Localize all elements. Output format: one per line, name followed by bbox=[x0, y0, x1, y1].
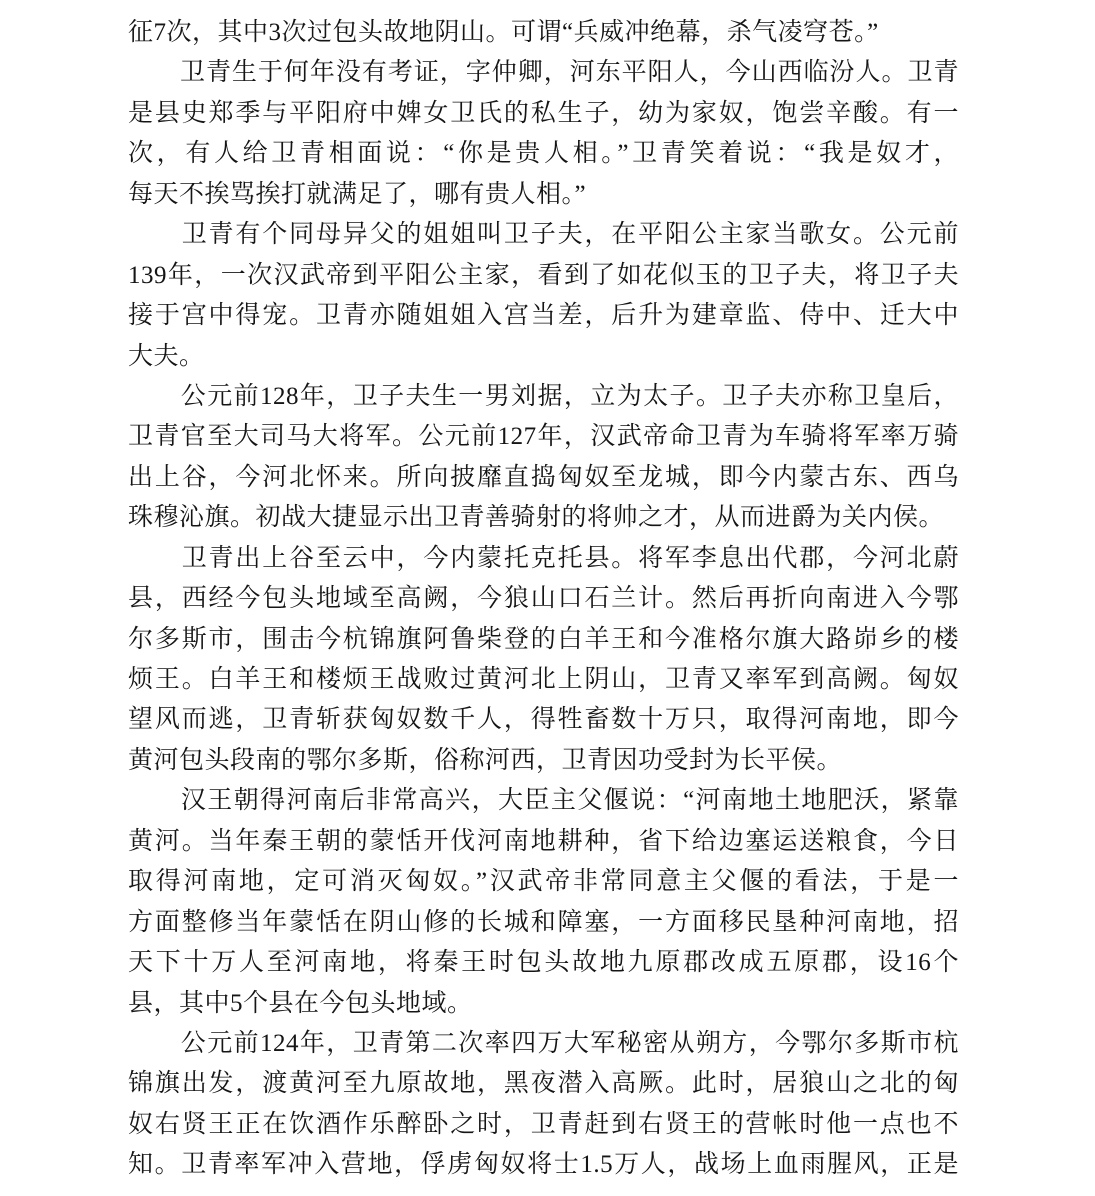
text-line: 奴右贤王正在饮酒作乐醉卧之时，卫青赶到右贤王的营帐时他一点也不 bbox=[128, 1105, 959, 1145]
text-line: 卫青有个同母异父的姐姐叫卫子夫，在平阳公主家当歌女。公元前 bbox=[128, 215, 959, 255]
text-line: 卫青生于何年没有考证，字仲卿，河东平阳人，今山西临汾人。卫青 bbox=[128, 53, 959, 93]
text-line: 139年，一次汉武帝到平阳公主家，看到了如花似玉的卫子夫，将卫子夫 bbox=[128, 256, 959, 296]
text-line: 县，其中5个县在今包头地域。 bbox=[128, 984, 959, 1024]
text-line: 卫青官至大司马大将军。公元前127年，汉武帝命卫青为车骑将军率万骑 bbox=[128, 417, 959, 457]
text-line: 每天不挨骂挨打就满足了，哪有贵人相。” bbox=[128, 175, 959, 215]
text-line: 知。卫青率军冲入营地，俘虏匈奴将士1.5万人，战场上血雨腥风，正是 bbox=[128, 1145, 959, 1185]
text-line: 次，有人给卫青相面说：“你是贵人相。”卫青笑着说：“我是奴才， bbox=[128, 134, 959, 174]
text-line: 尔多斯市，围击今杭锦旗阿鲁柴登的白羊王和今准格尔旗大路峁乡的楼 bbox=[128, 620, 959, 660]
text-line: 望风而逃，卫青斩获匈奴数千人，得牲畜数十万只，取得河南地，即今 bbox=[128, 700, 959, 740]
text-line: 珠穆沁旗。初战大捷显示出卫青善骑射的将帅之才，从而进爵为关内侯。 bbox=[128, 498, 959, 538]
text-block: 征7次，其中3次过包头故地阴山。可谓“兵威冲绝幕，杀气凌穹苍。” 卫青生于何年没… bbox=[128, 13, 959, 1186]
text-line: 锦旗出发，渡黄河至九原故地，黑夜潜入高厥。此时，居狼山之北的匈 bbox=[128, 1064, 959, 1104]
text-line: 黄河。当年秦王朝的蒙恬开伐河南地耕种，省下给边塞运送粮食，今日 bbox=[128, 822, 959, 862]
text-line: 出上谷，今河北怀来。所向披靡直捣匈奴至龙城，即今内蒙古东、西乌 bbox=[128, 458, 959, 498]
text-line: 接于宫中得宠。卫青亦随姐姐入宫当差，后升为建章监、侍中、迁大中 bbox=[128, 296, 959, 336]
text-line: 方面整修当年蒙恬在阴山修的长城和障塞，一方面移民垦种河南地，招 bbox=[128, 903, 959, 943]
text-line: 县，西经今包头地域至高阙，今狼山口石兰计。然后再折向南进入今鄂 bbox=[128, 579, 959, 619]
text-line: 汉王朝得河南后非常高兴，大臣主父偃说：“河南地土地肥沃，紧靠 bbox=[128, 781, 959, 821]
text-line: 卫青出上谷至云中，今内蒙托克托县。将军李息出代郡，今河北蔚 bbox=[128, 539, 959, 579]
text-line: 取得河南地，定可消灭匈奴。”汉武帝非常同意主父偃的看法，于是一 bbox=[128, 862, 959, 902]
text-line: 烦王。白羊王和楼烦王战败过黄河北上阴山，卫青又率军到高阙。匈奴 bbox=[128, 660, 959, 700]
text-line: 公元前128年，卫子夫生一男刘据，立为太子。卫子夫亦称卫皇后， bbox=[128, 377, 959, 417]
text-line: 黄河包头段南的鄂尔多斯，俗称河西，卫青因功受封为长平侯。 bbox=[128, 741, 959, 781]
text-line: 大夫。 bbox=[128, 337, 959, 377]
text-line: 征7次，其中3次过包头故地阴山。可谓“兵威冲绝幕，杀气凌穹苍。” bbox=[128, 13, 959, 53]
text-line: 是县史郑季与平阳府中婢女卫氏的私生子，幼为家奴，饱尝辛酸。有一 bbox=[128, 94, 959, 134]
text-line: 天下十万人至河南地，将秦王时包头故地九原郡改成五原郡，设16个 bbox=[128, 943, 959, 983]
document-page: 征7次，其中3次过包头故地阴山。可谓“兵威冲绝幕，杀气凌穹苍。” 卫青生于何年没… bbox=[0, 0, 1095, 1196]
text-line: 公元前124年，卫青第二次率四万大军秘密从朔方，今鄂尔多斯市杭 bbox=[128, 1024, 959, 1064]
